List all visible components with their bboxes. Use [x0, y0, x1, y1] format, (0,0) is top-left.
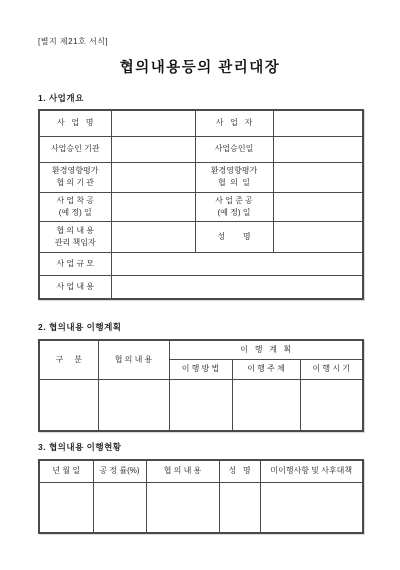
plan-method-cell — [169, 379, 232, 431]
plan-category-header: 구 분 — [39, 340, 98, 379]
plan-subject-cell — [232, 379, 300, 431]
approval-agency-value — [111, 136, 195, 162]
project-scale-value — [111, 252, 363, 275]
plan-content-cell — [98, 379, 169, 431]
plan-timing-header: 이 행 시 기 — [300, 359, 363, 379]
project-content-label: 사 업 내 용 — [39, 275, 111, 299]
status-date-header: 년 월 일 — [39, 460, 93, 482]
project-owner-label: 사 업 자 — [195, 110, 273, 136]
section-heading-overview: 1. 사업개요 — [38, 92, 362, 104]
implementation-status-table: 년 월 일 공 정 률(%) 협 의 내 용 성 명 미이행사항 및 사후대책 — [38, 459, 364, 534]
status-name-cell — [219, 482, 260, 533]
table-row: 사업승인 기관 사업승인일 — [39, 136, 363, 162]
table-row: 협 의 내 용 관리 책임자 성 명 — [39, 221, 363, 252]
plan-group-header: 이 행 계 획 — [169, 340, 363, 359]
start-date-value — [111, 192, 195, 221]
manager-label: 협 의 내 용 관리 책임자 — [39, 221, 111, 252]
status-progress-cell — [93, 482, 146, 533]
form-title: 협의내용등의 관리대장 — [38, 56, 362, 77]
status-remark-header: 미이행사항 및 사후대책 — [260, 460, 363, 482]
plan-subject-header: 이 행 주 체 — [232, 359, 300, 379]
plan-content-header: 협 의 내 용 — [98, 340, 169, 379]
status-content-header: 협 의 내 용 — [146, 460, 219, 482]
status-name-header: 성 명 — [219, 460, 260, 482]
section-heading-plan: 2. 협의내용 이행계획 — [38, 321, 362, 333]
eia-agency-label: 환경영향평가 협 의 기 관 — [39, 162, 111, 192]
form-page: [별지 제21호 서식] 협의내용등의 관리대장 1. 사업개요 사 업 명 사… — [0, 0, 400, 570]
approval-date-value — [273, 136, 363, 162]
implementation-plan-table: 구 분 협 의 내 용 이 행 계 획 이 행 방 법 이 행 주 체 이 행 … — [38, 339, 364, 432]
completion-date-value — [273, 192, 363, 221]
start-date-label: 사 업 착 공 (예 정) 일 — [39, 192, 111, 221]
project-name-label: 사 업 명 — [39, 110, 111, 136]
approval-agency-label: 사업승인 기관 — [39, 136, 111, 162]
manager-name-label: 성 명 — [195, 221, 273, 252]
status-progress-header: 공 정 률(%) — [93, 460, 146, 482]
table-row: 사 업 내 용 — [39, 275, 363, 299]
status-remark-cell — [260, 482, 363, 533]
project-content-value — [111, 275, 363, 299]
completion-date-label: 사 업 준 공 (예 정) 일 — [195, 192, 273, 221]
form-number-note: [별지 제21호 서식] — [38, 36, 362, 47]
table-header-row: 구 분 협 의 내 용 이 행 계 획 — [39, 340, 363, 359]
status-content-cell — [146, 482, 219, 533]
plan-method-header: 이 행 방 법 — [169, 359, 232, 379]
table-row: 사 업 명 사 업 자 — [39, 110, 363, 136]
manager-value — [111, 221, 195, 252]
table-row: 환경영향평가 협 의 기 관 환경영향평가 협 의 일 — [39, 162, 363, 192]
project-owner-value — [273, 110, 363, 136]
project-scale-label: 사 업 규 모 — [39, 252, 111, 275]
table-header-row: 년 월 일 공 정 률(%) 협 의 내 용 성 명 미이행사항 및 사후대책 — [39, 460, 363, 482]
eia-agency-value — [111, 162, 195, 192]
plan-timing-cell — [300, 379, 363, 431]
manager-name-value — [273, 221, 363, 252]
status-date-cell — [39, 482, 93, 533]
project-overview-table: 사 업 명 사 업 자 사업승인 기관 사업승인일 환경영향평가 협 의 기 관… — [38, 109, 364, 300]
project-name-value — [111, 110, 195, 136]
section-heading-status: 3. 협의내용 이행현황 — [38, 441, 362, 453]
approval-date-label: 사업승인일 — [195, 136, 273, 162]
table-row — [39, 379, 363, 431]
eia-date-label: 환경영향평가 협 의 일 — [195, 162, 273, 192]
table-row: 사 업 착 공 (예 정) 일 사 업 준 공 (예 정) 일 — [39, 192, 363, 221]
plan-category-cell — [39, 379, 98, 431]
eia-date-value — [273, 162, 363, 192]
table-row — [39, 482, 363, 533]
table-row: 사 업 규 모 — [39, 252, 363, 275]
